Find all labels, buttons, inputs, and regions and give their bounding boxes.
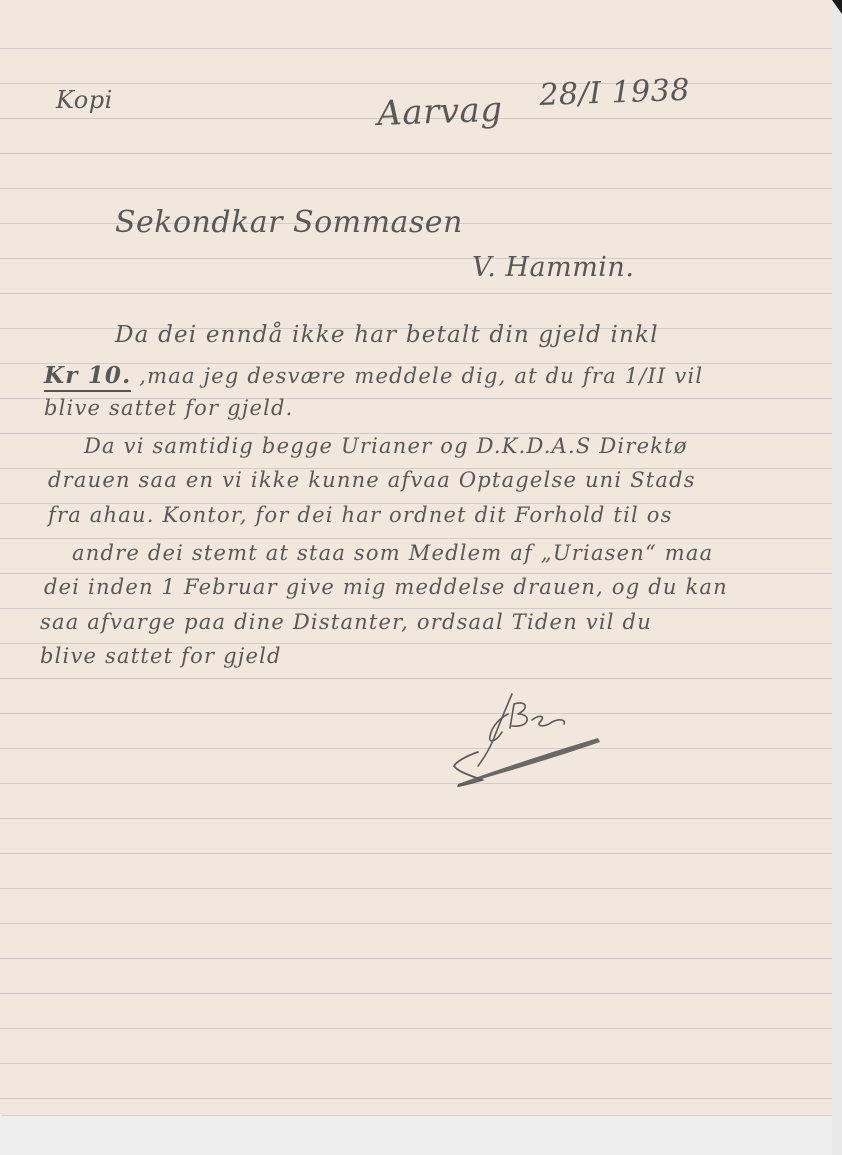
letter-place: Aarvag <box>377 90 504 134</box>
amount-underlined: Kr 10. <box>44 362 131 392</box>
copy-mark: Kopi <box>56 86 113 114</box>
recipient-place: V. Hammin. <box>472 252 634 283</box>
signature-scrawl-icon <box>448 688 608 788</box>
body-line: Da vi samtidig begge Urianer og D.K.D.A.… <box>84 434 688 458</box>
signature <box>448 688 608 788</box>
letter-date: 28/I 1938 <box>539 73 691 113</box>
body-line: blive sattet for gjeld. <box>44 396 294 420</box>
body-line: blive sattet for gjeld <box>40 644 282 668</box>
body-line: Kr 10. ,maa jeg desvære meddele dig, at … <box>44 362 703 389</box>
body-line: dei inden 1 Februar give mig meddelse dr… <box>44 575 728 599</box>
body-line: saa afvarge paa dine Distanter, ordsaal … <box>40 610 652 634</box>
scan-margin <box>832 0 842 1155</box>
body-line-rest: ,maa jeg desvære meddele dig, at du fra … <box>139 364 703 388</box>
letter-page: Kopi Aarvag 28/I 1938 Sekondkar Sommasen… <box>0 0 832 1115</box>
recipient-name: Sekondkar Sommasen <box>115 205 463 240</box>
body-line: drauen saa en vi ikke kunne afvaa Optage… <box>48 468 696 492</box>
body-line: andre dei stemt at staa som Medlem af „U… <box>72 541 713 565</box>
body-line: Da dei enndå ikke har betalt din gjeld i… <box>115 322 659 348</box>
body-line: fra ahau. Kontor, for dei har ordnet dit… <box>48 503 673 527</box>
